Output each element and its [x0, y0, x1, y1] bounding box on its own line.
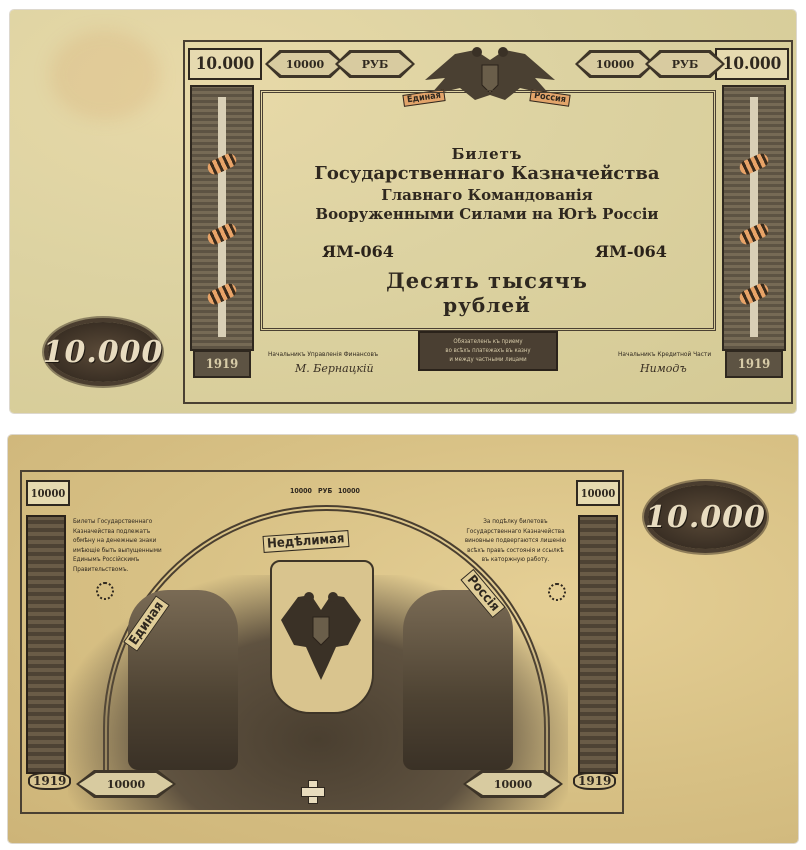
- corner-denomination-tl: 10.000: [188, 48, 262, 80]
- center-currency: РУБ: [318, 487, 332, 495]
- bottom-value-diamond-left: 10000: [76, 770, 176, 798]
- corner-denomination-tr: 10.000: [715, 48, 789, 80]
- center-small-denomination: 10000: [338, 487, 360, 495]
- currency-diamond: РУБ: [335, 50, 415, 78]
- counterfeit-warning-text: За подѣлку билетовъ Государственнаго Каз…: [463, 517, 568, 565]
- watermark-oval-back: 10.000: [648, 485, 763, 549]
- double-headed-eagle-icon: [276, 585, 366, 685]
- right-allegorical-figure: [403, 590, 513, 770]
- corner-denomination-tr: 10000: [576, 480, 620, 506]
- watermark-oval-front: 10.000: [48, 322, 158, 382]
- banknote-front: 10.000 10.000 10.000 10000 РУБ 10000 РУБ…: [10, 10, 796, 413]
- serial-number-left: ЯМ-064: [322, 242, 394, 261]
- exchange-notice-text: Билеты Государственнаго Казначейства под…: [73, 517, 173, 574]
- left-pillar: [190, 85, 254, 351]
- corner-denomination-tl: 10000: [26, 480, 70, 506]
- small-denomination-diamond: 10000: [265, 50, 345, 78]
- legal-tender-box: Обязателенъ къ приему во всѣхъ платежахъ…: [418, 331, 558, 371]
- value-words-line1: Десять тысячъ: [260, 268, 714, 293]
- year-left: 1919: [28, 772, 71, 790]
- year-right: 1919: [573, 772, 616, 790]
- title-line-1: Билетъ: [260, 145, 714, 163]
- title-line-2: Государственнаго Казначейства: [260, 163, 714, 184]
- serial-number-right: ЯМ-064: [595, 242, 667, 261]
- right-ornamental-border: [578, 515, 618, 774]
- small-denomination-diamond: 10000: [575, 50, 655, 78]
- right-pillar: [722, 85, 786, 351]
- title-line-3: Главнаго Командованія: [260, 186, 714, 204]
- title-block: Билетъ Государственнаго Казначейства Гла…: [260, 145, 714, 235]
- year-left: 1919: [193, 350, 251, 378]
- currency-diamond: РУБ: [645, 50, 725, 78]
- left-signature: М. Бернацкій: [295, 362, 374, 375]
- left-official-title: Начальникъ Управленія Финансовъ: [268, 350, 378, 358]
- left-ornamental-border: [26, 515, 66, 774]
- banknote-back: 10.000 10000 10000 10000 РУБ 10000 Билет…: [8, 435, 798, 843]
- bottom-value-diamond-right: 10000: [463, 770, 563, 798]
- right-signature: Нимодъ: [640, 362, 687, 375]
- title-line-4: Вооруженными Силами на Югѣ Россіи: [260, 205, 714, 223]
- value-words-line2: рублей: [260, 293, 714, 317]
- paper-stain: [50, 30, 160, 120]
- year-right: 1919: [725, 350, 783, 378]
- right-official-title: Начальникъ Кредитной Части: [618, 350, 711, 358]
- center-small-denomination: 10000: [290, 487, 312, 495]
- st-george-cross-icon: [301, 780, 323, 802]
